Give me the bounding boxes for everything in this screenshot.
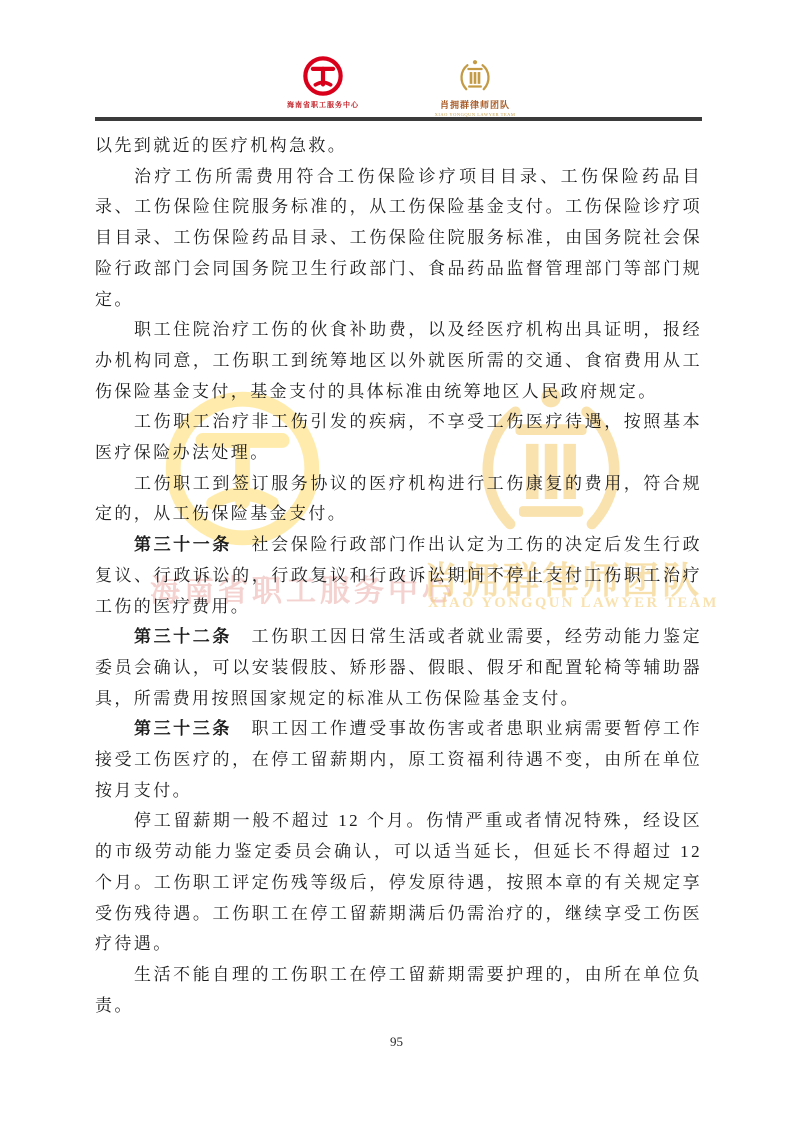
left-logo-group: 海南省职工服务中心 xyxy=(277,55,369,110)
paragraph: 以先到就近的医疗机构急救。 xyxy=(95,131,702,162)
article-number: 第三十三条 xyxy=(134,719,232,738)
paragraph: 工伤职工治疗非工伤引发的疾病，不享受工伤医疗待遇，按照基本医疗保险办法处理。 xyxy=(95,407,702,468)
paragraph-article-31: 第三十一条 社会保险行政部门作出认定为工伤的决定后发生行政复议、行政诉讼的，行政… xyxy=(95,530,702,622)
paragraph-text: 职工住院治疗工伤的伙食补助费，以及经医疗机构出具证明，报经办机构同意，工伤职工到… xyxy=(95,320,702,400)
paragraph: 生活不能自理的工伤职工在停工留薪期需要护理的，由所在单位负责。 xyxy=(95,960,702,1021)
right-logo-group: 肖拥群律师团队 XIAO YONGQUN LAWYER TEAM xyxy=(420,58,530,117)
page-number: 95 xyxy=(0,1034,793,1050)
document-body: 以先到就近的医疗机构急救。 治疗工伤所需费用符合工伤保险诊疗项目目录、工伤保险药… xyxy=(95,131,702,1021)
paragraph: 停工留薪期一般不超过 12 个月。伤情严重或者情况特殊，经设区的市级劳动能力鉴定… xyxy=(95,806,702,960)
right-logo-caption: 肖拥群律师团队 xyxy=(420,98,530,111)
article-number: 第三十一条 xyxy=(134,535,232,554)
paragraph-article-33: 第三十三条 职工因工作遭受事故伤害或者患职业病需要暂停工作接受工伤医疗的，在停工… xyxy=(95,714,702,806)
paragraph: 治疗工伤所需费用符合工伤保险诊疗项目目录、工伤保险药品目录、工伤保险住院服务标准… xyxy=(95,162,702,316)
paragraph-text: 治疗工伤所需费用符合工伤保险诊疗项目目录、工伤保险药品目录、工伤保险住院服务标准… xyxy=(95,167,702,309)
article-number: 第三十二条 xyxy=(134,627,232,646)
header-divider xyxy=(95,117,702,121)
document-page: 海南省职工服务中心 肖拥群律师团队 XIAO YONGQUN LAWYER TE… xyxy=(0,0,793,1122)
paragraph-text: 以先到就近的医疗机构急救。 xyxy=(95,136,347,155)
paragraph-text: 生活不能自理的工伤职工在停工留薪期需要护理的，由所在单位负责。 xyxy=(95,965,702,1015)
paragraph-article-32: 第三十二条 工伤职工因日常生活或者就业需要，经劳动能力鉴定委员会确认，可以安装假… xyxy=(95,622,702,714)
paragraph: 职工住院治疗工伤的伙食补助费，以及经医疗机构出具证明，报经办机构同意，工伤职工到… xyxy=(95,315,702,407)
paragraph: 工伤职工到签订服务协议的医疗机构进行工伤康复的费用，符合规定的，从工伤保险基金支… xyxy=(95,469,702,530)
paragraph-text: 工伤职工治疗非工伤引发的疾病，不享受工伤医疗待遇，按照基本医疗保险办法处理。 xyxy=(95,412,702,462)
paragraph-text: 停工留薪期一般不超过 12 个月。伤情严重或者情况特殊，经设区的市级劳动能力鉴定… xyxy=(95,811,702,953)
left-logo-caption: 海南省职工服务中心 xyxy=(277,100,369,110)
lawyer-column-icon xyxy=(455,58,495,96)
paragraph-text: 工伤职工到签订服务协议的医疗机构进行工伤康复的费用，符合规定的，从工伤保险基金支… xyxy=(95,474,702,524)
union-emblem-icon xyxy=(302,55,344,97)
